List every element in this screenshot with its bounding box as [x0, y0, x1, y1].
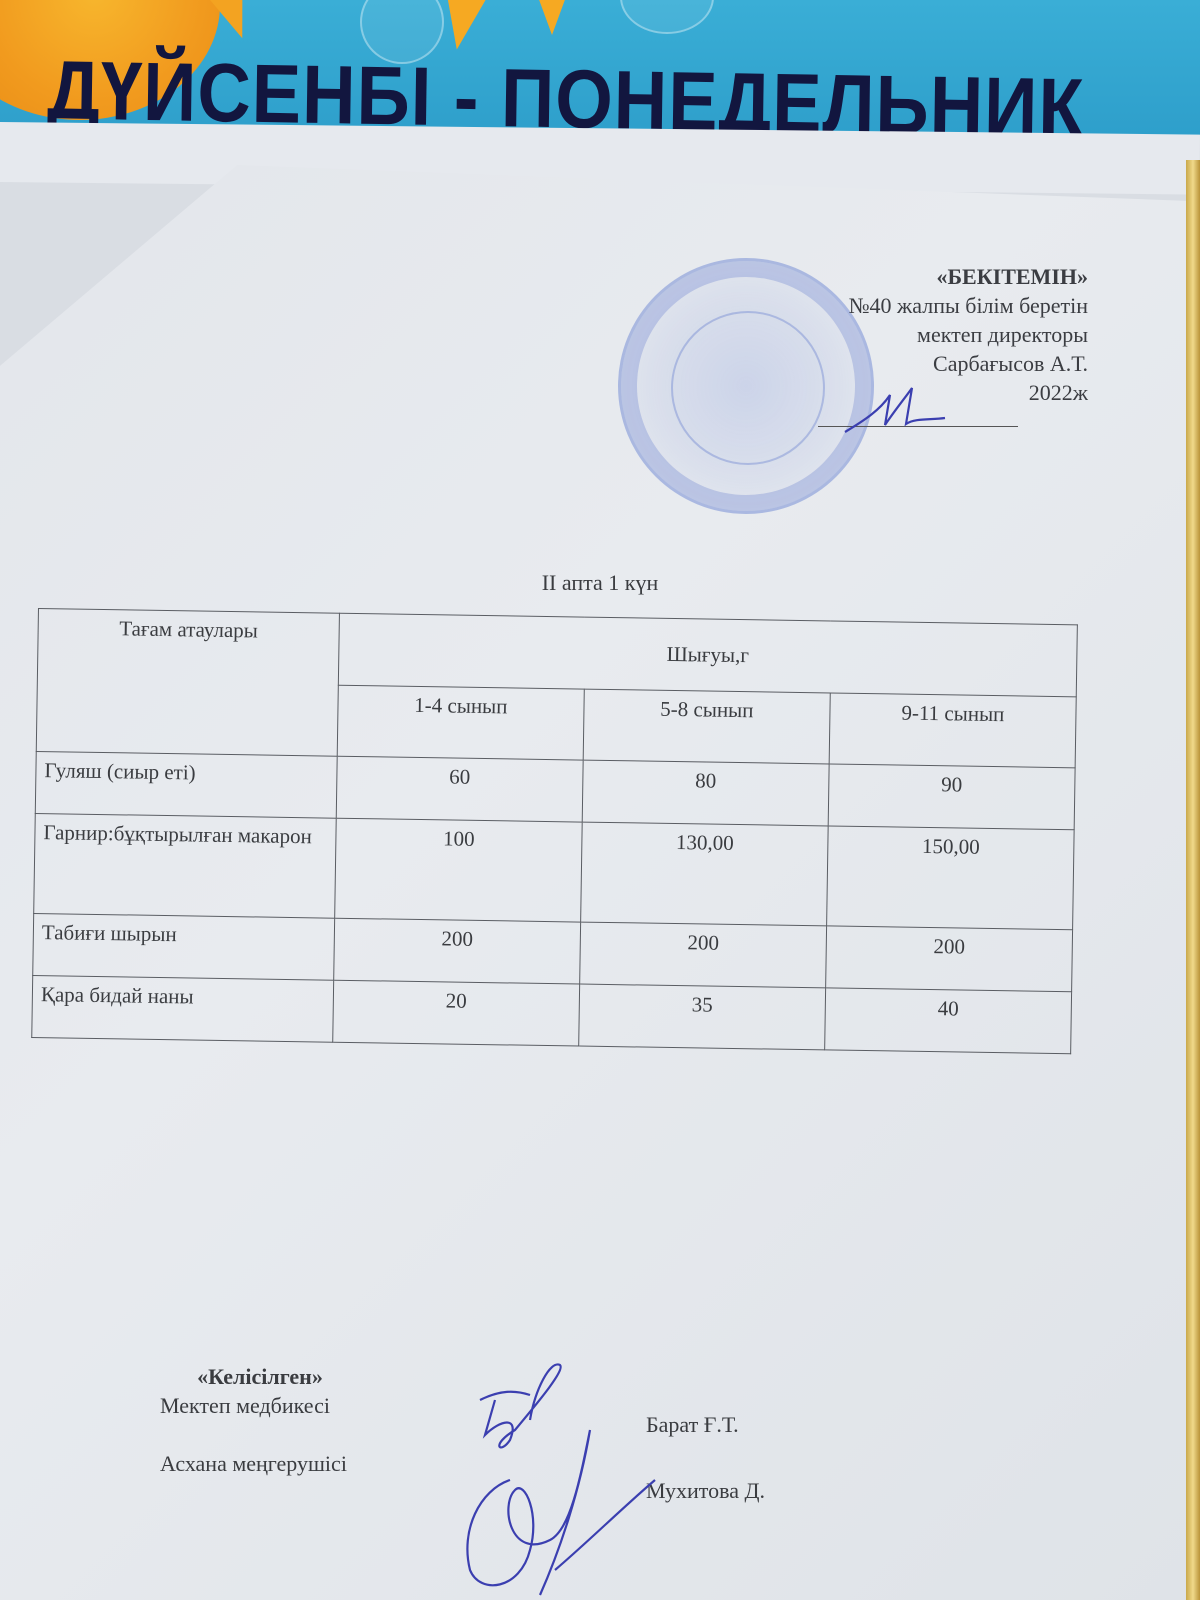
- portion-value: 200: [826, 926, 1073, 992]
- header-dish-names: Тағам атаулары: [36, 609, 339, 757]
- dish-name: Қара бидай наны: [32, 975, 334, 1042]
- frame-edge: [1186, 160, 1200, 1600]
- banner-title: ДҮЙСЕНБІ - ПОНЕДЕЛЬНИК: [47, 42, 1086, 135]
- sun-ray-decoration: [530, 0, 574, 35]
- approval-heading: «БЕКІТЕМІН»: [849, 262, 1088, 291]
- portion-value: 200: [334, 918, 581, 984]
- header-grade-9-11: 9-11 сынып: [829, 692, 1076, 767]
- portion-value: 100: [335, 818, 583, 922]
- portion-value: 35: [579, 984, 826, 1050]
- dish-name: Гарнир:бұқтырылған макарон: [34, 813, 336, 918]
- portion-value: 60: [336, 756, 583, 822]
- dish-name: Табиғи шырын: [33, 913, 335, 980]
- header-grade-1-4: 1-4 сынып: [337, 685, 584, 760]
- header-grade-5-8: 5-8 сынып: [583, 689, 830, 764]
- official-stamp: [618, 258, 874, 514]
- approval-school: №40 жалпы білім беретін: [849, 291, 1088, 320]
- portion-value: 130,00: [581, 822, 829, 926]
- portion-value: 80: [582, 760, 829, 826]
- day-banner: ДҮЙСЕНБІ - ПОНЕДЕЛЬНИК: [0, 0, 1200, 135]
- portion-value: 40: [825, 988, 1072, 1054]
- menu-subtitle: II апта 1 күн: [0, 570, 1200, 596]
- canteen-manager-role: Асхана меңгерушісі: [160, 1449, 360, 1478]
- header-output: Шығуы,г: [338, 613, 1077, 696]
- canteen-manager-signature: [440, 1420, 680, 1600]
- agreed-heading: «Келісілген»: [160, 1362, 360, 1391]
- dish-name: Гуляш (сиыр еті): [35, 751, 337, 818]
- portion-value: 90: [828, 764, 1075, 830]
- bubble-decoration: [620, 0, 714, 34]
- menu-table: Тағам атаулары Шығуы,г 1-4 сынып 5-8 сын…: [31, 608, 1078, 1054]
- nurse-role: Мектеп медбикесі: [160, 1391, 360, 1420]
- approval-role: мектеп директоры: [849, 320, 1088, 349]
- table-row: Гарнир:бұқтырылған макарон 100 130,00 15…: [34, 813, 1074, 929]
- portion-value: 200: [580, 922, 827, 988]
- agreed-block: «Келісілген» Мектеп медбикесі Асхана мең…: [160, 1362, 360, 1478]
- approval-name: Сарбағысов А.Т.: [849, 349, 1088, 378]
- portion-value: 150,00: [827, 826, 1075, 930]
- director-signature: [840, 380, 950, 440]
- stamp-emblem: [671, 311, 825, 465]
- portion-value: 20: [333, 980, 580, 1046]
